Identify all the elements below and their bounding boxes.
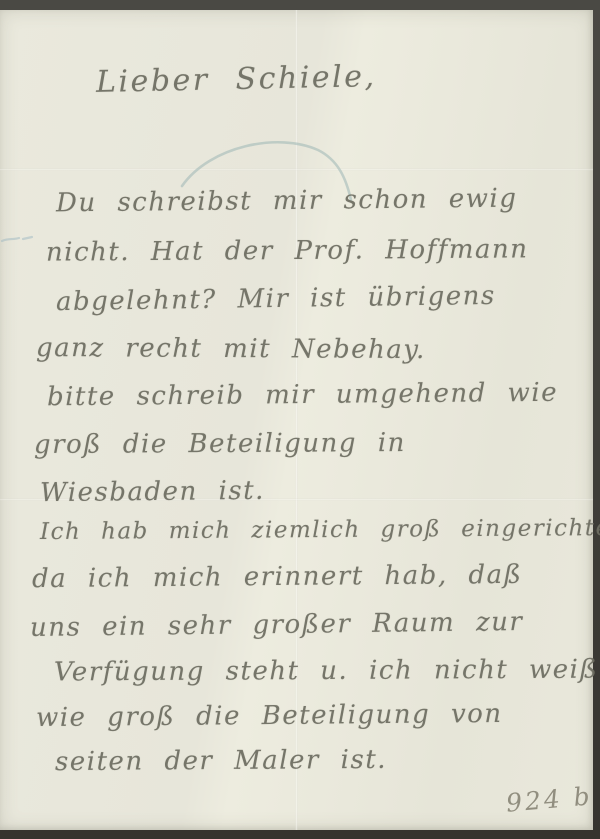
handwriting-line: da ich mich erinnert hab, daß — [32, 560, 523, 594]
handwriting-line: Du schreibst mir schon ewig — [56, 184, 518, 219]
handwriting-line: abgelehnt? Mir ist übrigens — [56, 281, 496, 317]
handwriting-line: Wiesbaden ist. — [40, 476, 265, 508]
handwriting-line: nicht. Hat der Prof. Hoffmann — [46, 234, 529, 267]
handwriting-line: wie groß die Beteiligung von — [36, 699, 503, 733]
handwriting-line: seiten der Maler ist. — [55, 745, 387, 777]
handwriting-line: ganz recht mit Nebehay. — [36, 333, 426, 365]
handwriting-line: Ich hab mich ziemlich groß eingerichtet — [40, 515, 600, 545]
handwriting-line: bitte schreib mir umgehend wie — [47, 378, 558, 412]
blue-pencil-dash-mark — [0, 234, 36, 246]
handwriting-line: uns ein sehr großer Raum zur — [30, 607, 524, 643]
handwriting-line: groß die Beteiligung in — [34, 428, 406, 460]
handwriting-line: Verfügung steht u. ich nicht weiß — [54, 655, 598, 688]
salutation-line: Lieber Schiele, — [96, 59, 377, 100]
